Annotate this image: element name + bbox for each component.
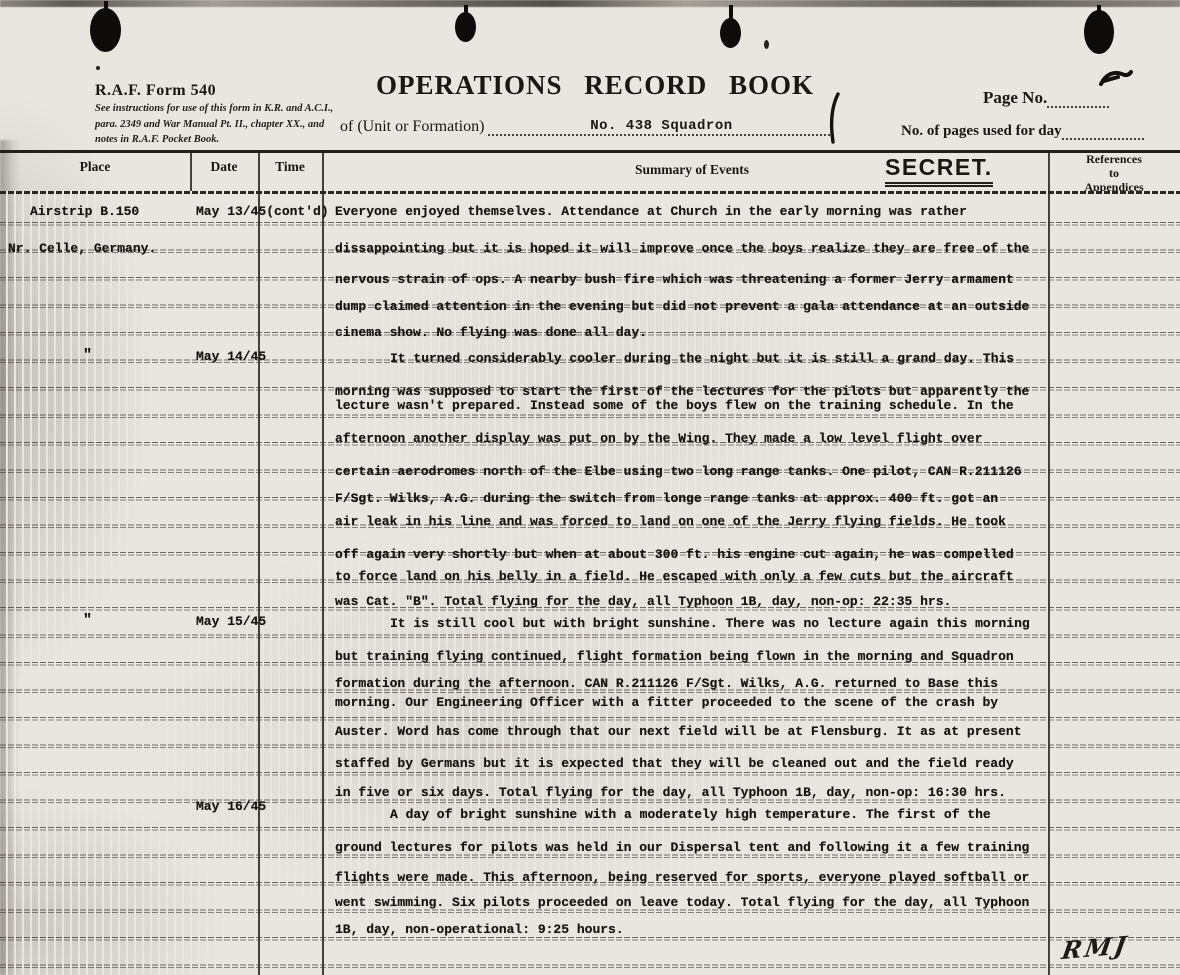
form-instructions-line: See instructions for use of this form in… (95, 103, 395, 116)
table-top-border (0, 150, 1180, 153)
column-header-place: Place (0, 159, 190, 175)
unit-line: of (Unit or Formation) No. 438 Squadron (340, 118, 834, 136)
scanned-page: R.A.F. Form 540 See instructions for use… (0, 0, 1180, 975)
column-header-references: References to Appendices (1050, 152, 1178, 194)
summary-line: morning. Our Engineering Officer with a … (335, 695, 998, 710)
summary-line: in five or six days. Total flying for th… (335, 785, 1006, 800)
summary-line: formation during the afternoon. CAN R.21… (335, 676, 998, 691)
pages-used-blank (1062, 126, 1144, 140)
summary-line: It turned considerably cooler during the… (390, 351, 1014, 366)
unit-label: of (Unit or Formation) (340, 118, 484, 135)
summary-line: nervous strain of ops. A nearby bush fir… (335, 272, 1014, 287)
place-value: Nr. Celle, Germany. (8, 241, 156, 256)
page-number-label: Page No. (983, 88, 1047, 107)
summary-line: afternoon another display was put on by … (335, 431, 983, 446)
date-value: May 16/45 (196, 799, 266, 814)
summary-line: 1B, day, non-operational: 9:25 hours. (335, 922, 624, 937)
summary-line: went swimming. Six pilots proceeded on l… (335, 895, 1029, 910)
summary-line: staffed by Germans but it is expected th… (335, 756, 1014, 771)
summary-line: off again very shortly but when at about… (335, 547, 1014, 562)
references-header-line: References (1050, 152, 1178, 166)
place-ditto-mark: " (83, 347, 92, 364)
summary-line: to force land on his belly in a field. H… (335, 569, 1014, 584)
summary-line: cinema show. No flying was done all day. (335, 325, 647, 340)
summary-line: lecture wasn't prepared. Instead some of… (335, 398, 1014, 413)
handwritten-mark (1098, 68, 1134, 88)
summary-line: certain aerodromes north of the Elbe usi… (335, 464, 1022, 479)
page-number-blank (1047, 94, 1109, 108)
scan-edge-band (0, 0, 1180, 7)
summary-line: ground lectures for pilots was held in o… (335, 840, 1029, 855)
place-ditto-mark: " (83, 612, 92, 629)
secret-classification-stamp: SECRET. (885, 154, 993, 187)
summary-line: dissappointing but it is hoped it will i… (335, 241, 1029, 256)
page-number-line: Page No. (983, 88, 1109, 108)
hole-punch (90, 8, 121, 52)
column-header-summary: Summary of Events (635, 162, 749, 178)
date-value: May 15/45 (196, 614, 266, 629)
summary-line: F/Sgt. Wilks, A.G. during the switch fro… (335, 491, 998, 506)
date-value: May 14/45 (196, 349, 266, 364)
page-title: OPERATIONS RECORD BOOK (340, 70, 850, 101)
table-body: Airstrip B.150 Nr. Celle, Germany. " " M… (0, 191, 1180, 975)
column-header-time: Time (258, 159, 322, 175)
date-value: May 13/45(cont'd) (196, 204, 329, 219)
column-header-date: Date (190, 159, 258, 175)
signature-initials: RMJ (1060, 930, 1131, 965)
place-value: Airstrip B.150 (30, 204, 139, 219)
pages-used-label: No. of pages used for day (901, 123, 1062, 139)
summary-line: A day of bright sunshine with a moderate… (390, 807, 991, 822)
handwritten-pen-stroke (822, 92, 846, 144)
ink-speck (764, 40, 769, 49)
hole-punch (720, 18, 741, 48)
summary-line: was Cat. "B". Total flying for the day, … (335, 594, 951, 609)
ink-speck (96, 66, 100, 70)
record-table: Place Date Time Summary of Events SECRET… (0, 150, 1180, 975)
summary-line: Everyone enjoyed themselves. Attendance … (335, 204, 967, 219)
summary-line: air leak in his line and was forced to l… (335, 514, 1006, 529)
references-header-line: to (1050, 166, 1178, 180)
summary-line: morning was supposed to start the first … (335, 384, 1029, 399)
summary-line: but training flying continued, flight fo… (335, 649, 1014, 664)
pages-used-line: No. of pages used for day (901, 123, 1144, 140)
summary-line: It is still cool but with bright sunshin… (390, 616, 1030, 631)
unit-value: No. 438 Squadron (488, 118, 834, 136)
hole-punch (1084, 10, 1114, 54)
summary-line: dump claimed attention in the evening bu… (335, 299, 1029, 314)
hole-punch (455, 12, 476, 42)
summary-line: Auster. Word has come through that our n… (335, 724, 1022, 739)
summary-line: flights were made. This afternoon, being… (335, 870, 1029, 885)
